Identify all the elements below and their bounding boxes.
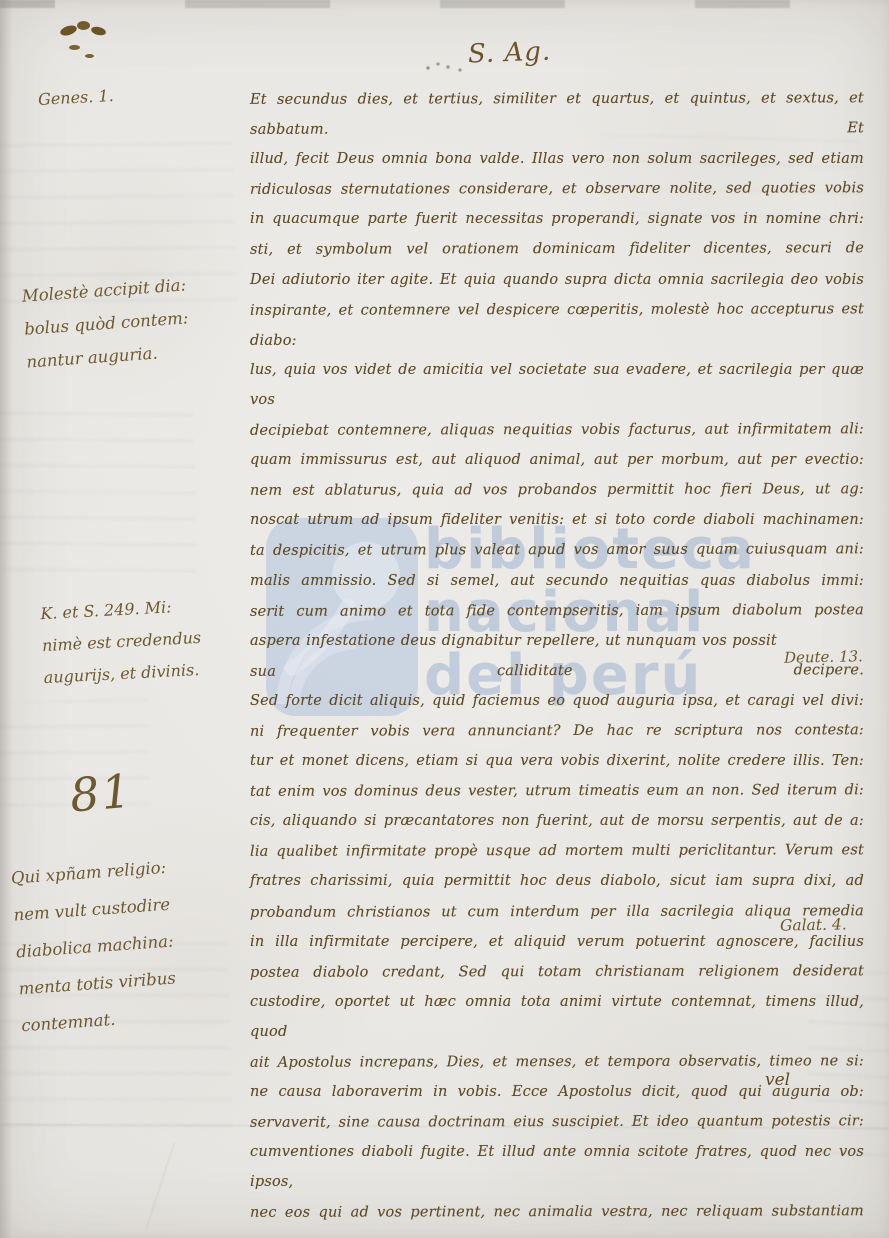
body-line: nec eos qui ad vos pertinent, nec animal… <box>250 1197 864 1229</box>
margin-note-minime: K. et S. 249. Mi:nimè est credendusaugur… <box>40 590 204 694</box>
body-line: Et secundus dies, et tertius, similiter … <box>250 83 864 145</box>
body-line: lus, quia vos videt de amicitia vel soci… <box>250 355 864 415</box>
body-line: servaverit, sine causa doctrinam eius su… <box>250 1106 864 1138</box>
ink-blot <box>52 18 122 68</box>
margin-ref-genesis: Genes. 1. <box>38 86 115 109</box>
body-line: quam immissurus est, aut aliquod animal,… <box>250 445 864 475</box>
catchword: vel <box>765 1070 790 1090</box>
body-line: probandum christianos ut cum interdum pe… <box>250 896 864 928</box>
body-line: lia qualibet infirmitate propè usque ad … <box>250 836 864 868</box>
body-line: fratres charissimi, quia permittit hoc d… <box>250 866 864 896</box>
body-line: tur et monet dicens, etiam si qua vera v… <box>250 746 864 776</box>
scan-top-edge-remnants <box>0 0 889 8</box>
body-line: nem est ablaturus, quia ad vos probandos… <box>250 474 864 506</box>
margin-note-line: augurijs, et divinis. <box>43 654 204 694</box>
body-line: ni frequenter vobis vera annunciant? De … <box>250 715 864 747</box>
folio-number: 81 <box>68 763 135 822</box>
body-line: sua calliditate decipere. <box>250 655 864 687</box>
body-line: decipiebat contemnere, aliquas nequitias… <box>250 414 864 446</box>
body-line: in quacumque parte fuerit necessitas pro… <box>250 204 864 234</box>
body-line: serit cum animo et tota fide contempseri… <box>250 595 864 627</box>
manuscript-page: biblioteca nacional del perú S. Ag. Gene… <box>0 0 889 1238</box>
ink-specks <box>424 56 470 74</box>
body-line: cis, aliquando si præcantatores non fuer… <box>250 806 864 836</box>
body-line: tat enim vos dominus deus vester, utrum … <box>250 775 864 807</box>
body-line: cumventiones diaboli fugite. Et illud an… <box>250 1137 864 1197</box>
body-line: sti, et symbolum vel orationem dominicam… <box>250 234 864 266</box>
margin-note-moleste: Molestè accipit dia:bolus quòd contem:na… <box>21 268 192 378</box>
page-heading: S. Ag. <box>468 37 552 70</box>
body-line: Sed forte dicit aliquis, quid faciemus e… <box>250 686 864 716</box>
paper-crease <box>146 1142 175 1228</box>
body-line: in illa infirmitate percipere, et aliqui… <box>250 927 864 957</box>
body-line: custodire, oportet ut hæc omnia tota ani… <box>250 987 864 1047</box>
body-line: ridiculosas sternutationes considerare, … <box>250 173 864 205</box>
body-line: malis ammissio. Sed si semel, aut secund… <box>250 566 864 596</box>
body-line: noscat utrum ad ipsum fideliter venitis:… <box>250 505 864 535</box>
body-line: ta despicitis, et utrum plus valeat apud… <box>250 535 864 567</box>
body-line: Dei adiutorio iter agite. Et quia quando… <box>250 265 864 295</box>
body-line: aspera infestatione deus dignabitur repe… <box>250 626 864 656</box>
body-line: illud, fecit Deus omnia bona valde. Illa… <box>250 144 864 174</box>
page-left-edge-shadow <box>0 0 13 1238</box>
show-through-ghost <box>0 393 197 586</box>
body-line: postea diabolo credant, Sed qui totam ch… <box>250 956 864 988</box>
body-text-block: Et secundus dies, et tertius, similiter … <box>250 84 864 1228</box>
body-line: inspirante, et contemnere vel despicere … <box>250 294 864 356</box>
margin-note-qui-christianam: Qui xpñam religio:nem vult custodirediab… <box>10 849 180 1045</box>
